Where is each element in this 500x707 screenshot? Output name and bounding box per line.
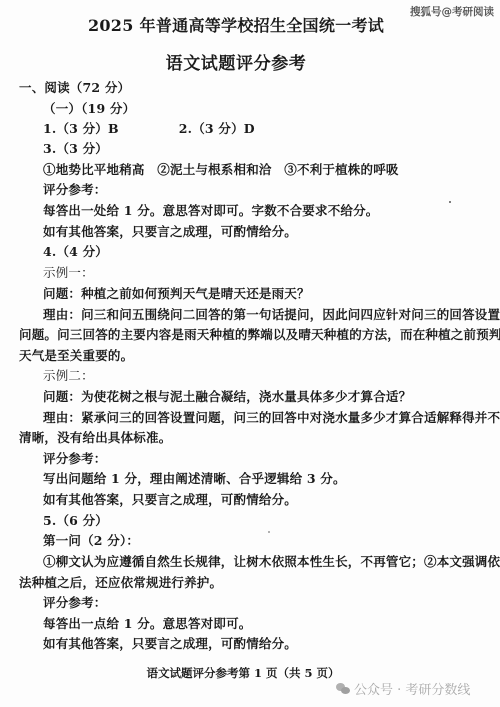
q4-scoring-1: 写出问题给 1 分，理由阐述清晰、合乎逻辑给 3 分。 xyxy=(43,471,346,487)
q4-example2-reason-1: 理由：紧承问三的回答设置问题，问三的回答中对浇水量多少才算合适解释得并不 xyxy=(43,410,500,426)
watermark-bottom-text: 公众号 · 考研分数线 xyxy=(354,679,470,698)
q4-example1-question: 问题：种植之前如何预判天气是晴天还是雨天？ xyxy=(43,286,310,302)
q4-example1-reason-3: 天气是至关重要的。 xyxy=(19,348,133,364)
q5-scoring-label: 评分参考： xyxy=(43,595,107,611)
scan-speck xyxy=(268,531,270,533)
document-title: 语文试题评分参考 xyxy=(0,49,500,74)
subsection-heading: （一）（19 分） xyxy=(43,101,135,117)
q3-scoring-label: 评分参考： xyxy=(43,182,107,198)
q5-label: 5.（6 分） xyxy=(43,513,108,529)
q4-example2-question: 问题：为使花树之根与泥土融合凝结，浇水量具体多少才算合适？ xyxy=(43,389,411,405)
q4-label: 4.（4 分） xyxy=(43,244,108,260)
scan-speck xyxy=(449,201,451,203)
watermark-bottom: 公众号 · 考研分数线 xyxy=(336,679,470,698)
document-page: 搜狐号@考研阅读 2025 年普通高等学校招生全国统一考试 语文试题评分参考 一… xyxy=(0,0,500,707)
q4-example2-label: 示例二： xyxy=(43,368,94,384)
q5-scoring-2: 如有其他答案，只要言之成理，可酌情给分。 xyxy=(43,636,297,652)
exam-title: 2025 年普通高等学校招生全国统一考试 xyxy=(0,13,500,36)
section-heading: 一、阅读（72 分） xyxy=(19,80,130,96)
q4-example1-reason-1: 理由：问三和问五围绕问二回答的第一句话提问，因此问四应针对问三的回答设置 xyxy=(43,307,500,323)
q3-answer: ①地势比平地稍高 ②泥土与根系相和洽 ③不利于植株的呼吸 xyxy=(43,162,399,178)
q4-example2-reason-2: 清晰，没有给出具体标准。 xyxy=(19,430,171,446)
q4-scoring-2: 如有其他答案，只要言之成理，可酌情给分。 xyxy=(43,492,297,508)
q3-scoring-1: 每答出一处给 1 分。意思答对即可。字数不合要求不给分。 xyxy=(43,203,379,219)
answer-row-q1-q2: 1.（3 分）B2.（3 分）D xyxy=(43,121,255,137)
q4-scoring-label: 评分参考： xyxy=(43,451,107,467)
q5-answer-1: ①柳文认为应遵循自然生长规律，让树木依照本性生长，不再管它；②本文强调依 xyxy=(43,554,500,570)
q2-answer: 2.（3 分）D xyxy=(179,121,255,136)
q5-scoring-1: 每答出一点给 1 分。意思答对即可。 xyxy=(43,616,252,632)
q1-answer: 1.（3 分）B xyxy=(43,121,119,136)
q4-example1-label: 示例一： xyxy=(43,265,94,281)
q5-answer-2: 法种植之后，还应依常规进行养护。 xyxy=(19,575,222,591)
q3-scoring-2: 如有其他答案，只要言之成理，可酌情给分。 xyxy=(43,224,297,240)
q5-part1-label: 第一问（2 分）： xyxy=(43,533,139,549)
q4-example1-reason-2: 问题。问三回答的主要内容是雨天种植的弊端以及晴天种植的方法，而在种植之前预判 xyxy=(19,327,500,343)
wechat-icon xyxy=(336,683,350,695)
q3-label: 3.（3 分） xyxy=(43,141,108,157)
